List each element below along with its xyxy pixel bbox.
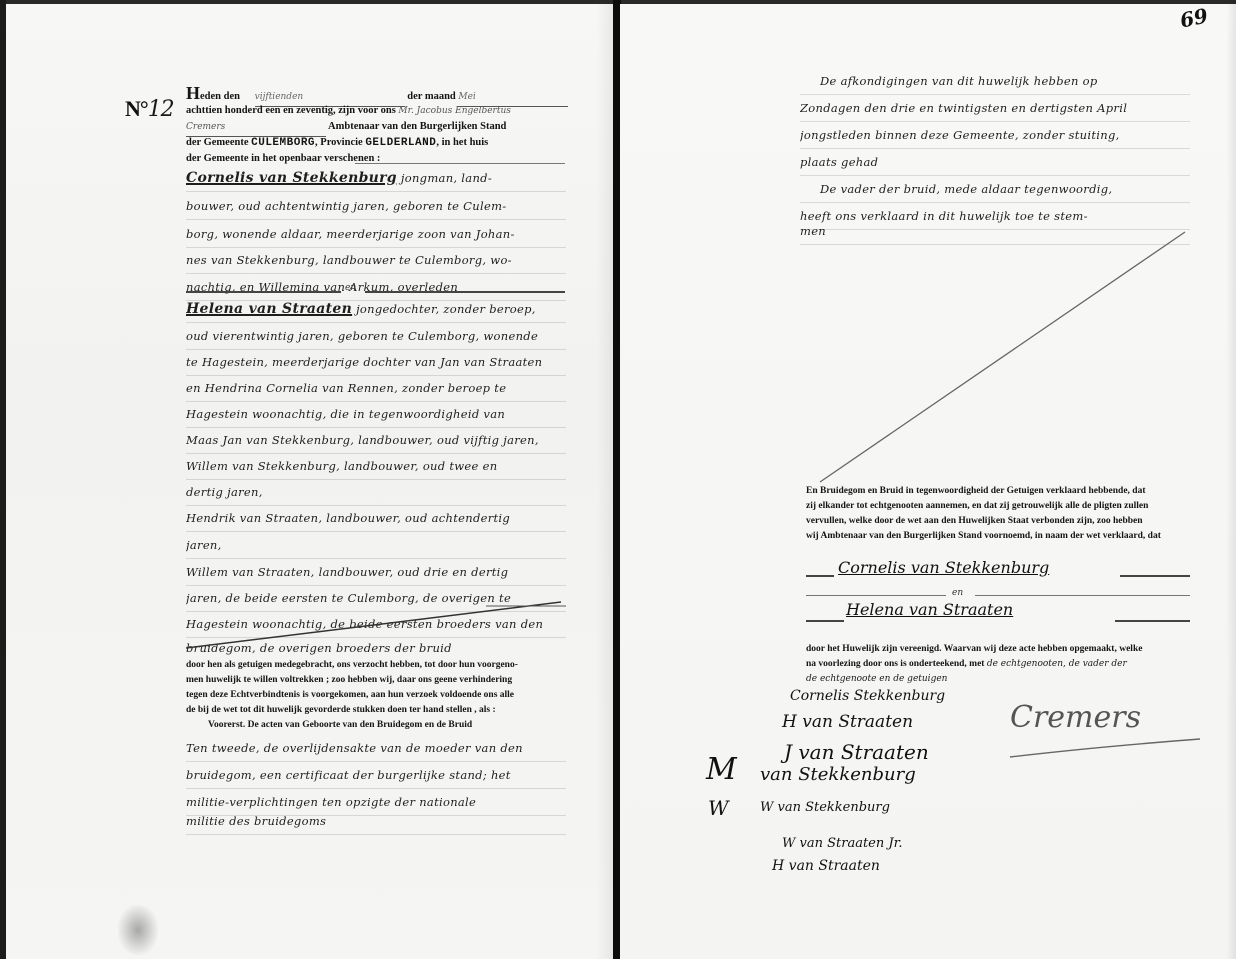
witness-3: Hendrik van Straaten, landbouwer, oud ac…	[186, 503, 566, 532]
bride-text-2: te Hagestein, meerderjarige dochter van …	[186, 347, 566, 376]
header-official-hand: Mr. Jacobus Engelbertus	[398, 104, 548, 120]
documents-line-0: Ten tweede, de overlijdensakte van de mo…	[186, 733, 566, 762]
witness-3-cont: jaren,	[186, 530, 566, 559]
right-page-edge	[1226, 0, 1236, 959]
cancel-stroke-right	[800, 226, 1200, 486]
banns-line-3: plaats gehad	[800, 147, 1190, 176]
province: GELDERLAND	[365, 137, 436, 149]
right-printed-line-3: wij Ambtenaar van den Burgerlijken Stand…	[806, 529, 1161, 544]
connector-en: en	[345, 283, 356, 293]
signature-mark-m: M	[706, 752, 737, 787]
gutter-shadow	[596, 0, 613, 959]
printed-line-1: men huwelijk te willen voltrekken ; zoo …	[186, 673, 518, 688]
bride-text-1: oud vierentwintig jaren, geboren te Cule…	[186, 321, 566, 350]
bride-line-1: Helena van Straaten jongedochter, zonder…	[186, 294, 566, 323]
printed-paragraph-right: En Bruidegom en Bruid in tegenwoordighei…	[806, 484, 1161, 544]
witness-4: Willem van Straaten, landbouwer, oud dri…	[186, 557, 566, 586]
printed-line-0: door hen als getuigen medegebracht, ons …	[186, 658, 518, 673]
connector-rule-right	[365, 291, 565, 293]
header-line-3: Cremers Ambtenaar van den Burgerlijken S…	[186, 119, 506, 137]
printed-line-4: Voorerst. De acten van Geboorte van den …	[186, 718, 518, 733]
bride-rule-left	[806, 620, 844, 622]
header-month-label: der maand	[407, 91, 456, 102]
consent-line-0: De vader der bruid, mede aldaar tegenwoo…	[800, 174, 1190, 203]
consent-text-0: De vader der bruid, mede aldaar tegenwoo…	[800, 182, 1112, 196]
signature-groom: Cornelis Stekkenburg	[790, 688, 945, 704]
groom-name-repeat: Cornelis van Stekkenburg	[838, 558, 1049, 577]
witness-1: Maas Jan van Stekkenburg, landbouwer, ou…	[186, 425, 566, 454]
banns-line-1: Zondagen den drie en twintigsten en dert…	[800, 93, 1190, 122]
banns-line-0: De afkondigingen van dit huwelijk hebben…	[800, 66, 1190, 95]
act-number: N°12	[125, 96, 174, 122]
signature-mark-w: W	[708, 796, 729, 820]
signature-2: J van Straaten	[784, 740, 929, 764]
groom-rule-left	[806, 575, 834, 577]
groom-name: Cornelis van Stekkenburg	[186, 170, 397, 186]
documents-line-1: bruidegom, een certificaat der burgerlij…	[186, 760, 566, 789]
connector-rule-left	[186, 291, 341, 293]
printed-line-2: tegen deze Echtverbindtenis is voorgekom…	[186, 688, 518, 703]
municipality: CULEMBORG	[251, 137, 315, 149]
banns-text-0: De afkondigingen van dit huwelijk hebben…	[800, 74, 1098, 88]
act-number-value: 12	[148, 97, 174, 122]
connector-en-right: en	[952, 588, 963, 598]
groom-text-0: jongman, land-	[401, 171, 492, 185]
groom-text-2: borg, wonende aldaar, meerderjarige zoon…	[186, 219, 566, 248]
paper-stain	[118, 905, 158, 955]
cancel-stroke-left	[186, 600, 566, 650]
right-printed-line-2: vervullen, welke door de wet aan den Huw…	[806, 514, 1161, 529]
signature-3: van Stekkenburg	[760, 764, 916, 785]
witness-2-cont: dertig jaren,	[186, 477, 566, 506]
bride-rule-right	[1115, 620, 1190, 622]
bride-text-3: en Hendrina Cornelia van Rennen, zonder …	[186, 373, 566, 402]
groom-text-1: bouwer, oud achtentwintig jaren, geboren…	[186, 191, 566, 220]
printed-paragraph-left: door hen als getuigen medegebracht, ons …	[186, 658, 518, 733]
closing-hand-1: de echtgenoote en de getuigen	[806, 672, 1142, 687]
banns-line-2: jongstleden binnen deze Gemeente, zonder…	[800, 120, 1190, 149]
closing-paragraph: door het Huwelijk zijn vereenigd. Waarva…	[806, 642, 1142, 687]
signature-5: W van Straaten Jr.	[782, 836, 903, 851]
signature-1: H van Straaten	[782, 712, 913, 732]
bride-text-0: jongedochter, zonder beroep,	[356, 302, 536, 316]
bride-name-repeat: Helena van Straaten	[846, 600, 1013, 619]
header-line-4: der Gemeente CULEMBORG, Provincie GELDER…	[186, 135, 488, 152]
closing-line-0: door het Huwelijk zijn vereenigd. Waarva…	[806, 642, 1142, 657]
signature-4: W van Stekkenburg	[760, 800, 890, 815]
bride-name: Helena van Straaten	[186, 301, 352, 317]
groom-line-1: Cornelis van Stekkenburg jongman, land-	[186, 163, 566, 192]
connector-rule-right-left	[806, 595, 946, 596]
documents-line-3: militie des bruidegoms	[186, 806, 566, 835]
witness-2: Willem van Stekkenburg, landbouwer, oud …	[186, 451, 566, 480]
closing-line-1: na voorlezing door ons is onderteekend, …	[806, 659, 984, 669]
connector-rule-right-right	[975, 595, 1190, 596]
header-year-printed: achttien honderd een en zeventig, zijn v…	[186, 105, 396, 116]
right-printed-line-0: En Bruidegom en Bruid in tegenwoordighei…	[806, 484, 1161, 499]
right-printed-line-1: zij elkander tot echtgenooten aannemen, …	[806, 499, 1161, 514]
header-official-title: Ambtenaar van den Burgerlijken Stand	[328, 121, 506, 132]
closing-hand-0: de echtgenooten, de vader der	[987, 659, 1127, 669]
official-signature: Cremers	[1010, 700, 1141, 735]
bride-text-4: Hagestein woonachtig, die in tegenwoordi…	[186, 399, 566, 428]
act-number-prefix: N°	[125, 96, 148, 121]
printed-line-3: de bij de wet tot dit huwelijk gevorderd…	[186, 703, 518, 718]
signature-6: H van Straaten	[772, 858, 880, 874]
groom-rule-right	[1120, 575, 1190, 577]
header-line-2: achttien honderd een en zeventig, zijn v…	[186, 103, 548, 120]
official-signature-flourish	[1005, 735, 1205, 765]
groom-text-3: nes van Stekkenburg, landbouwer te Culem…	[186, 245, 566, 274]
